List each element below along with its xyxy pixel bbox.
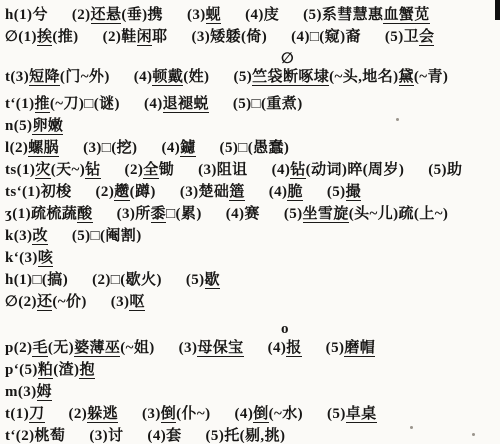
word-segment: (门~外) [60,69,110,85]
entry-line: p(2)毛(无)婆薄巫(~姐)(3)母保宝(4)报(5)磨帽 [5,338,498,360]
underlined-word: 推 [35,96,50,113]
entry-line: l(2)螺脶(3)□(挖)(4)鑢(5)□(愚蠢) [5,138,498,160]
entry-item: (5)撮 [327,184,361,200]
word-segment: (3)所 [117,206,151,222]
word-segment: (5)□(重煮) [233,96,303,112]
entry-item: (3)呕 [111,294,145,310]
word-segment: (3) [111,294,130,310]
entry-item: (4)脆 [269,184,303,200]
entry-item: (4)□(窥)裔 [291,29,361,45]
section-divider-line: o [5,314,498,338]
word-segment: (5) [233,69,252,85]
underlined-word: 鑢 [180,140,195,157]
word-segment: (5)卫 [385,29,419,45]
initial-label: ∅ [5,27,18,48]
word-segment: (1) [17,162,36,178]
entry-item: (5)粕(渣)抱 [19,362,95,379]
underlined-word: 全 [143,162,158,179]
word-segment: (4) [269,184,288,200]
word-segment: (姓) [183,69,209,85]
entry-line: tsʻ(1)初梭(2)趱(蹲)(3)楚础簉(4)脆(5)撮 [5,182,498,204]
underlined-word: 黍 [151,206,166,223]
entry-line: ∅(1)挨(推)(2)鞋闲耶(3)矮躷(倚)(4)□(窥)裔(5)卫会 [5,27,498,49]
underlined-word: 磨帽 [344,340,375,357]
underlined-word: 蚬 [206,7,221,24]
entry-item: (1)初梭 [22,184,72,200]
entry-item: (1)疏梳蔬酸 [12,206,92,223]
word-segment: (5)□(阉割) [72,228,142,244]
underlined-word: 血蟹苋 [383,7,429,24]
underlined-word: 倒 [161,406,176,423]
word-segment: (4) [161,140,180,156]
underlined-word: 躲逃 [87,406,118,423]
underlined-word: 撮 [346,184,361,201]
underlined-word: 婆薄巫 [74,340,120,357]
word-segment: (2) [16,428,35,444]
entry-item: (3)倒(仆~) [142,406,211,422]
underlined-word: 顿戴 [152,69,183,86]
word-segment: (5)系彗慧惠 [303,7,383,23]
word-segment: (天~) [51,162,85,178]
underlined-word: 刀 [29,406,44,423]
entry-item: (3)矮躷(倚) [191,29,267,45]
underlined-word: 灾 [35,162,50,179]
entry-item: (1)兮 [14,7,48,23]
entry-item: (3)母保宝 [179,340,244,356]
entry-item: (2)□(歇火) [92,272,162,288]
entry-item: (5)系彗慧惠血蟹苋 [303,7,430,23]
entry-item: (4)报 [268,340,302,356]
entry-item: (2)躲逃 [69,406,119,422]
entry-item: (4)套 [147,428,181,444]
dialect-syllabary-page: h(1)兮(2)还悬(垂)携(3)蚬(4)庋(5)系彗慧惠血蟹苋∅(1)挨(推)… [0,0,500,444]
entry-item: (5)□(阉割) [72,228,142,244]
word-segment: (4) [134,69,153,85]
underlined-word: 钻 [290,162,305,179]
entry-line: ts(1)灾(天~)钻(2)全锄(3)阻诅(4)钻(动词)晬(周岁)(5)助 [5,160,498,182]
entry-item: (3)姆 [18,384,52,401]
word-segment: (~价) [52,294,86,310]
word-segment: (3) [187,7,206,23]
word-segment: (3) [10,69,29,85]
initial-label: ts [5,160,17,181]
underlined-word: 会 [419,29,434,46]
underlined-word: 报 [286,340,301,357]
entry-item: (3)阻诅 [198,162,248,178]
divider-symbol: o [281,321,289,337]
entry-line: h(1)兮(2)还悬(垂)携(3)蚬(4)庋(5)系彗慧惠血蟹苋 [5,5,498,27]
word-segment: (5)□(愚蠢) [220,140,290,156]
word-segment: (2)□(歇火) [92,272,162,288]
entry-item: (5)竺袋断啄埭(~头,地名)黛(~青) [233,69,448,85]
word-segment: (3) [14,228,33,244]
entry-item: (5)坐雪旋(头~儿)疏(上~) [284,206,449,222]
underlined-word: 讨 [108,428,123,444]
entry-line: kʻ(3)咳 [5,248,498,270]
entry-item: (2)趱(蹲) [96,184,156,200]
entry-item: (4)钻(动词)晬(周岁) [272,162,405,178]
scan-speck [396,118,399,121]
entry-item: (5)助 [428,162,462,178]
section-divider-line: ∅ [5,49,498,67]
entry-line: pʻ(5)粕(渣)抱 [5,360,498,382]
entry-item: (3)讨 [89,428,123,444]
word-segment: (3)楚础 [180,184,230,200]
underlined-word: 毛 [32,340,47,357]
entry-line: m(3)姆 [5,382,498,404]
word-segment: (1) [18,29,37,45]
entry-item: (1)□(搞) [14,272,68,288]
word-segment: (4) [144,96,163,112]
entry-item: (3)所黍□(累) [117,206,202,222]
word-segment: (5) [186,272,205,288]
entry-item: (4)顿戴(姓) [134,69,210,85]
underlined-word: 姆 [37,384,52,401]
underlined-word: 黛 [399,69,414,86]
underlined-word: 套 [166,428,181,444]
underlined-word: 挨 [37,29,52,46]
initial-label: pʻ [5,360,19,381]
entry-item: (2)还悬(垂)携 [72,7,163,23]
word-segment: (1)疏梳蔬 [12,206,77,222]
initial-label: k [5,226,14,247]
word-segment: (2)鞋 [103,29,137,45]
word-segment: 锄 [159,162,174,178]
initial-label: m [5,382,18,403]
word-segment: (无) [48,340,74,356]
word-segment: (动词)晬(周岁) [306,162,405,178]
underlined-word: 闲 [137,29,152,46]
initial-label: h [5,270,14,291]
word-segment: (2) [10,140,29,156]
word-segment: (4)庋 [245,7,279,23]
initial-label: p [5,338,14,359]
word-segment: (3)阻诅 [198,162,248,178]
entry-item: (5)卓桌 [327,406,377,422]
word-segment: □(累) [166,206,202,222]
entry-line: tʻ(1)推(~刀)□(谜)(4)退褪蜕(5)□(重煮) [5,94,498,116]
entry-item: (1)推(~刀)□(谜) [16,96,120,113]
word-segment: (1)初梭 [22,184,72,200]
initial-label: tsʻ [5,182,22,203]
underlined-word: 退褪蜕 [163,96,209,113]
underlined-word: 呕 [129,294,144,311]
entry-item: (2)毛(无)婆薄巫(~姐) [14,340,155,357]
entry-item: (2)桃萄 [16,428,66,444]
scan-speck [472,433,475,436]
entry-line: n(5)卵嫩 [5,116,498,138]
scan-speck [410,426,413,429]
underlined-word: 还悬 [91,7,122,24]
entry-item: (4)倒(~水) [235,406,304,422]
word-segment: (1)兮 [14,7,48,23]
entry-line: ʒ(1)疏梳蔬酸(3)所黍□(累)(4)赛(5)坐雪旋(头~儿)疏(上~) [5,204,498,226]
word-segment: (5) [284,206,303,222]
underlined-word: 改 [32,228,47,245]
word-segment: (~头,地名) [329,69,398,85]
entry-item: (3)改 [14,228,48,245]
word-segment: (3)□(挖) [83,140,137,156]
entry-item: (2)螺脶 [10,140,60,157]
word-segment: (3) [19,250,38,266]
entry-item: (3)蚬 [187,7,221,23]
entry-item: (5)磨帽 [326,340,376,356]
word-segment: (5) [19,362,38,378]
word-segment: (渣) [53,362,79,378]
entry-item: (2)鞋闲耶 [103,29,168,45]
word-segment: (2) [125,162,144,178]
word-segment: (4) [147,428,166,444]
word-segment: (1) [16,96,35,112]
word-segment: (仆~) [176,406,210,422]
word-segment: (1) [10,406,29,422]
underlined-word: 歇 [205,272,220,289]
word-segment: (4) [235,406,254,422]
underlined-word: 趱 [114,184,129,201]
entry-item: (2)全锄 [125,162,175,178]
entry-item: (5)□(重煮) [233,96,303,112]
entry-item: (4)鑢 [161,140,195,156]
entry-line: h(1)□(搞)(2)□(歇火)(5)歇 [5,270,498,292]
entry-item: (3)楚础簉 [180,184,245,200]
word-segment: (~姐) [120,340,154,356]
entry-item: (2)还(~价) [18,294,87,311]
word-segment: (推) [52,29,78,45]
word-segment: (4) [272,162,291,178]
entry-line: t(3)短降(门~外)(4)顿戴(姓)(5)竺袋断啄埭(~头,地名)黛(~青) [5,67,498,89]
word-segment: (1)□(搞) [14,272,68,288]
entry-item: (3)咳 [19,250,53,267]
underlined-word: 还 [37,294,52,311]
entry-item: (4)赛 [226,206,260,222]
entry-item: (5)歇 [186,272,220,288]
entry-line: k(3)改(5)□(阉割) [5,226,498,248]
word-segment: (4)□(窥)裔 [291,29,361,45]
word-segment: (2) [96,184,115,200]
word-segment: (蹲) [130,184,156,200]
underlined-word: 母保宝 [197,340,243,357]
word-segment: (5) [14,118,33,134]
word-segment: (~水) [269,406,303,422]
entry-item: (4)庋 [245,7,279,23]
underlined-word: 抱 [79,362,94,379]
underlined-word: 咳 [38,250,53,267]
word-segment: (5) [206,428,225,444]
word-segment: (5)助 [428,162,462,178]
entry-item: (1)刀 [10,406,44,423]
entry-item: (5)卫会 [385,29,435,45]
underlined-word: 脆 [287,184,302,201]
word-segment: (3) [89,428,108,444]
underlined-word: 粕 [38,362,53,379]
scan-edge-artifact [495,0,500,20]
word-segment: (5) [326,340,345,356]
underlined-word: 桃萄 [35,428,66,444]
word-segment: (2) [18,294,37,310]
underlined-word: 竺袋断啄埭 [252,69,329,86]
entry-item: (1)挨(推) [18,29,78,46]
word-segment: 耶 [152,29,167,45]
entry-line: t(1)刀(2)躲逃(3)倒(仆~)(4)倒(~水)(5)卓桌 [5,404,498,426]
entry-item: (5)托(剔,挑) [206,428,286,444]
initial-label: tʻ [5,426,16,444]
entry-line: tʻ(2)桃萄(3)讨(4)套(5)托(剔,挑) [5,426,498,444]
word-segment: (3) [142,406,161,422]
word-segment: (5) [327,184,346,200]
entry-item: (4)退褪蜕 [144,96,209,112]
initial-label: n [5,116,14,137]
underlined-word: 坐雪旋 [303,206,349,223]
word-segment: (剔,挑) [240,428,286,444]
word-segment: (2) [69,406,88,422]
word-segment: (~青) [414,69,448,85]
underlined-word: 酸 [77,206,92,223]
word-segment: (垂)携 [121,7,163,23]
underlined-word: 托 [224,428,239,444]
word-segment: (3) [179,340,198,356]
word-segment: (2) [72,7,91,23]
underlined-word: 卵嫩 [32,118,63,135]
underlined-word: 倒 [253,406,268,423]
divider-symbol: ∅ [281,51,294,67]
entry-item: (5)卵嫩 [14,118,64,135]
initial-label: ∅ [5,292,18,313]
underlined-word: 簉 [229,184,244,201]
entry-line: ∅(2)还(~价)(3)呕 [5,292,498,314]
entry-item: (1)灾(天~)钻 [17,162,101,179]
word-segment: (3)矮躷(倚) [191,29,267,45]
word-segment: (2) [14,340,33,356]
initial-label: tʻ [5,94,16,115]
word-segment: (~刀)□(谜) [50,96,120,112]
word-segment: (3) [18,384,37,400]
initial-label: h [5,5,14,26]
entry-item: (5)□(愚蠢) [220,140,290,156]
word-segment: (5) [327,406,346,422]
word-segment: (头~儿)疏(上~) [349,206,449,222]
initial-label: kʻ [5,248,19,269]
entry-item: (3)短降(门~外) [10,69,109,86]
word-segment: (4) [268,340,287,356]
underlined-word: 短降 [29,69,60,86]
entry-item: (3)□(挖) [83,140,137,156]
underlined-word: 钻 [85,162,100,179]
underlined-word: 卓桌 [346,406,377,423]
word-segment: (4)赛 [226,206,260,222]
underlined-word: 螺脶 [28,140,59,157]
